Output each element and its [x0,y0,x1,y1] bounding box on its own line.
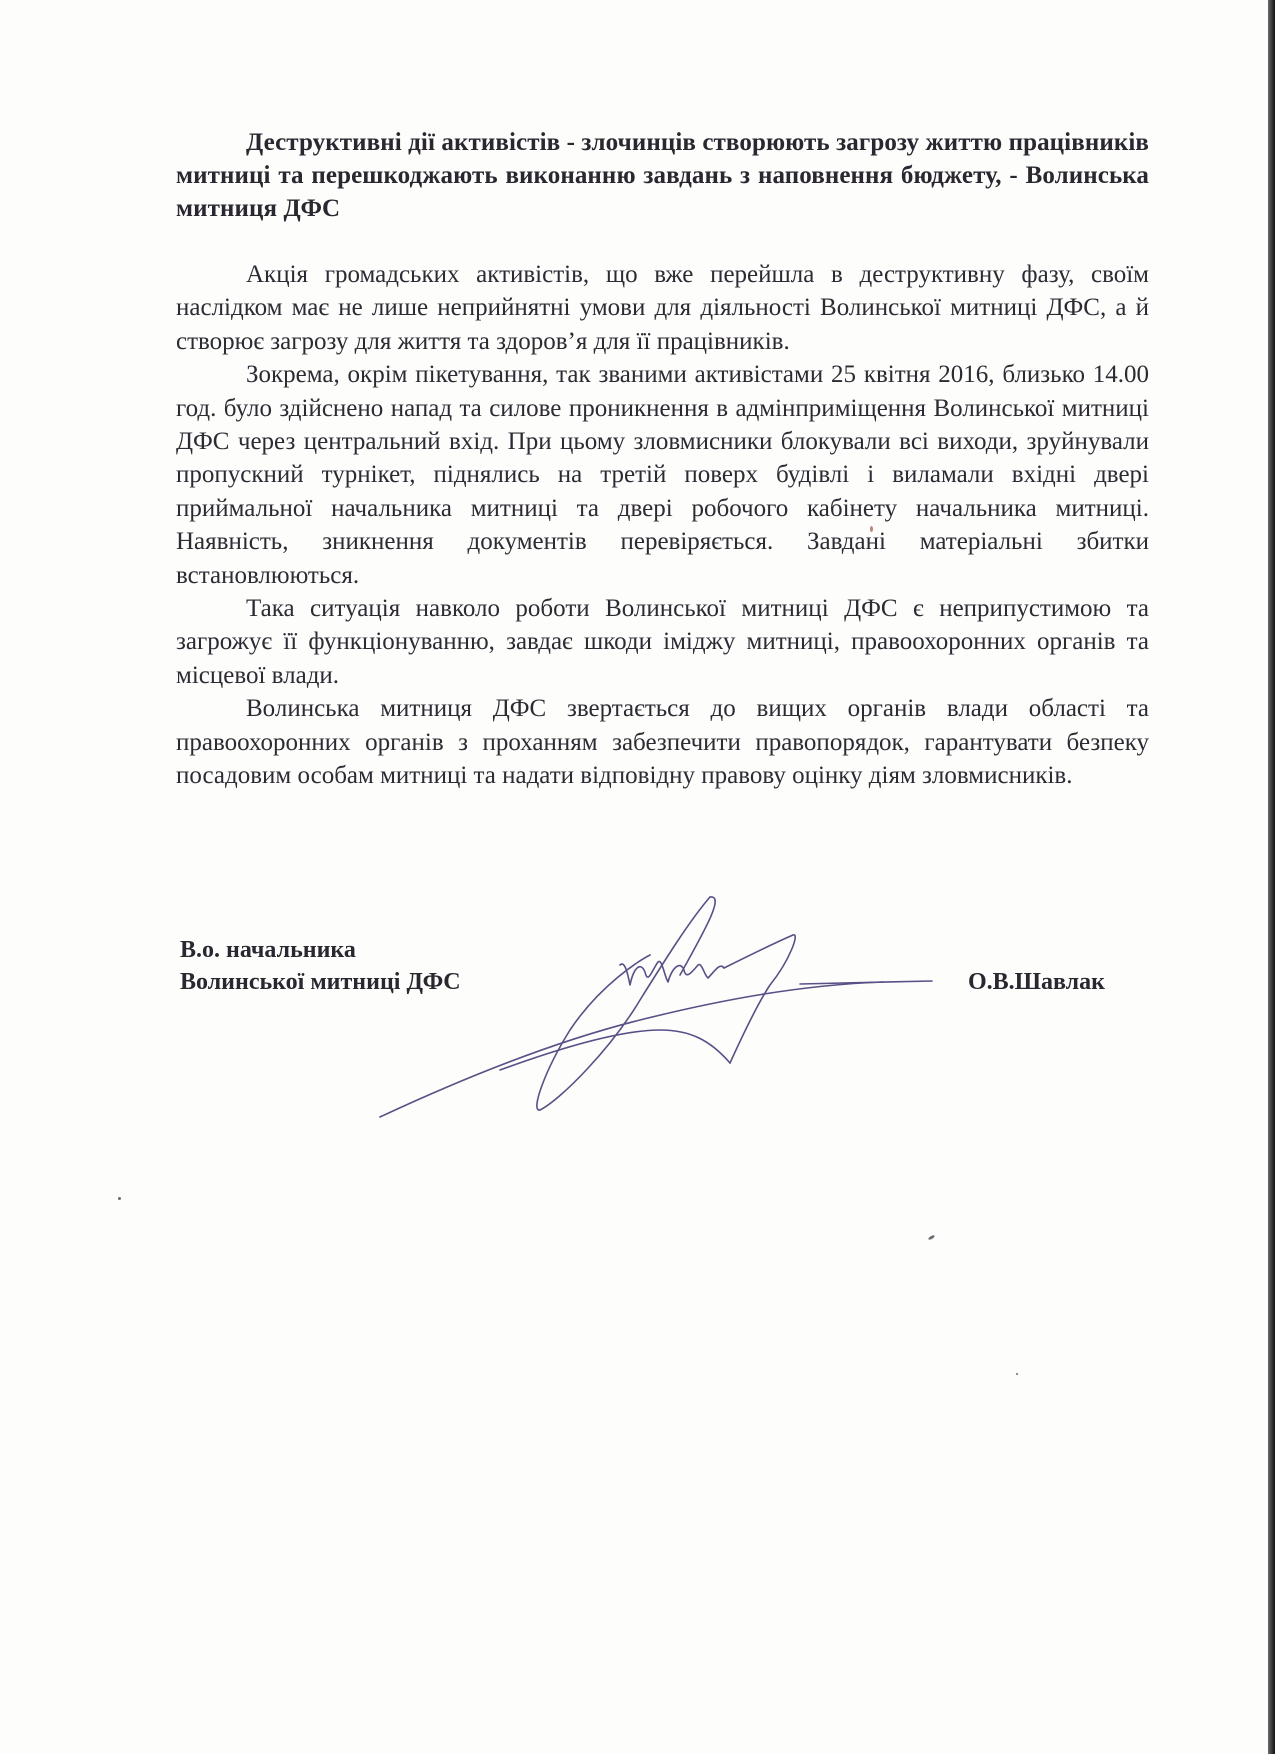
paragraph-3: Така ситуація навколо роботи Волинської … [176,592,1149,692]
document-page: Деструктивні дії активістів - злочинців … [0,0,1268,1754]
scan-speck [1016,1373,1018,1375]
signatory-position-line1: В.о. начальника [180,934,461,966]
signatory-name: О.В.Шавлак [968,966,1105,998]
paragraph-2: Зокрема, окрім пікетування, так званими … [176,358,1149,592]
document-title: Деструктивні дії активістів - злочинців … [176,126,1149,225]
paragraph-4: Волинська митниця ДФС звертається до вищ… [176,692,1149,792]
signatory-position: В.о. начальника Волинської митниці ДФС [180,934,461,998]
document-body: Акція громадських активістів, що вже пер… [176,258,1149,793]
scan-border [1268,0,1275,1754]
signatory-position-line2: Волинської митниці ДФС [180,966,461,998]
scan-speck [870,526,873,532]
scan-speck [118,1197,121,1200]
paragraph-1: Акція громадських активістів, що вже пер… [176,258,1149,358]
scan-speck [928,1234,936,1240]
